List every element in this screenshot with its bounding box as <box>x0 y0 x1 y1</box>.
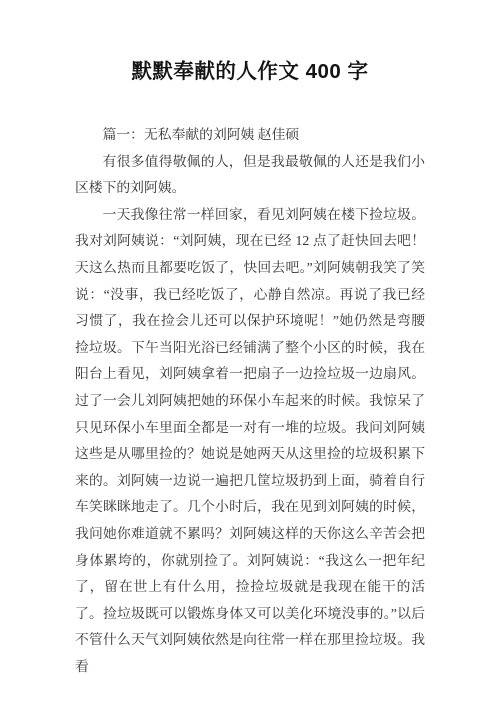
page-title: 默默奉献的人作文 400 字 <box>75 57 425 87</box>
document-page: 默默奉献的人作文 400 字 篇一：无私奉献的刘阿姨 赵佳硕 有很多值得敬佩的人… <box>0 0 500 708</box>
intro-paragraph: 有很多值得敬佩的人，但是我最敬佩的人还是我们小区楼下的刘阿姨。 <box>75 149 425 202</box>
essay-body: 篇一：无私奉献的刘阿姨 赵佳硕 有很多值得敬佩的人，但是我最敬佩的人还是我们小区… <box>75 122 425 680</box>
story-paragraph: 一天我像往常一样回家，看见刘阿姨在楼下捡垃圾。我对刘阿姨说：“刘阿姨，现在已经 … <box>75 202 425 681</box>
section-heading-paragraph: 篇一：无私奉献的刘阿姨 赵佳硕 <box>75 122 425 149</box>
